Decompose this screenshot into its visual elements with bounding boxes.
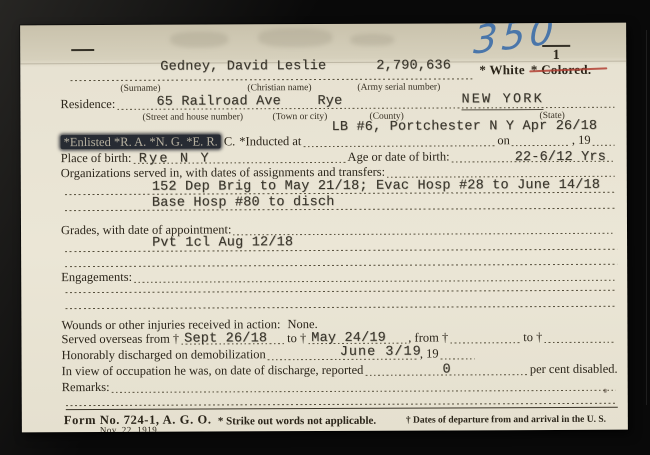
footer-dashed-rule (66, 403, 618, 407)
struck-enlistment-options: *Enlisted *R. A. *N. G. *E. R. (61, 134, 221, 149)
overseas-row: Served overseas from † Sept 26/18 to † M… (61, 330, 617, 346)
grade-value: Pvt 1cl Aug 12/18 (152, 235, 293, 251)
stray-ink-mark (604, 389, 607, 393)
street-caption: (Street and house number) (142, 112, 243, 123)
disability-blank: 0 (365, 362, 527, 377)
overseas-to-blank: May 24/19 (308, 331, 406, 345)
sleeve-edge (646, 30, 647, 405)
discharge-date-blank: June 3/19 (268, 347, 418, 362)
discharge-year-blank (441, 346, 475, 360)
ruled-line (65, 290, 617, 294)
ruled-line (65, 249, 617, 253)
engagements-row: Engagements: (61, 268, 617, 284)
street-value: 65 Railroad Ave (156, 94, 281, 110)
remarks-row: Remarks: (62, 378, 618, 394)
dagger-note: † Dates of departure from and arrival in… (406, 415, 606, 427)
organizations-leader (387, 164, 615, 179)
scanned-service-record-photo: 350 1 Gedney, David Leslie 2,790,636 * W… (0, 0, 650, 455)
place-of-birth-label: Place of birth: (61, 151, 132, 166)
surname-caption: (Surname) (120, 84, 160, 95)
overseas-to2-label: to † (523, 330, 542, 344)
induction-leader (303, 133, 495, 148)
overseas-leader2 (544, 330, 615, 344)
ruled-line (65, 306, 617, 310)
overseas-leader (450, 330, 521, 344)
engagements-label: Engagements: (61, 270, 132, 285)
grades-leader (233, 221, 615, 237)
page-number-rule (542, 45, 570, 47)
overseas-date1-value: Sept 26/18 (184, 332, 267, 348)
induction-row: *Enlisted *R. A. *N. G. *E. R. C. *Induc… (61, 133, 617, 149)
erased-pencil-smudge (350, 34, 394, 46)
ruled-line (65, 208, 617, 212)
overseas-to-label: to † (287, 331, 306, 345)
erased-pencil-smudge (258, 28, 332, 47)
race-designation: * White* Colored. (479, 63, 591, 78)
residence-label: Residence: (60, 97, 115, 112)
on-label: on (497, 133, 510, 147)
wounds-label: Wounds or other injuries received in act… (61, 317, 280, 332)
discharge-row: Honorably discharged on demobilization J… (62, 346, 477, 362)
age-label: Age or date of birth: (348, 149, 450, 164)
form-date: Nov. 22, 1919 (100, 425, 157, 433)
induction-date-leader (512, 133, 570, 147)
race-white-option: * White (479, 62, 525, 77)
discharge-year-label: , 19 (420, 347, 439, 361)
footer-solid-rule (66, 407, 618, 411)
town-caption: (Town or city) (272, 112, 327, 123)
serial-number-caption: (Army serial number) (357, 82, 440, 93)
corner-dash-mark (71, 49, 94, 51)
name-line-leader (70, 78, 472, 81)
race-colored-option-struck: * Colored. (531, 62, 592, 77)
serial-number-value: 2,790,636 (376, 58, 451, 74)
year-19-label: , 19 (572, 133, 591, 147)
engagements-leader (134, 268, 615, 284)
ruled-line (65, 192, 617, 196)
inducted-at-label: *Inducted at (239, 134, 301, 149)
disability-value: 0 (442, 363, 450, 379)
service-record-card: 350 1 Gedney, David Leslie 2,790,636 * W… (20, 23, 628, 433)
remarks-leader (112, 378, 616, 394)
christian-name-caption: (Christian name) (247, 83, 311, 94)
enlistment-option-erc: C. (224, 134, 236, 148)
disability-row: In view of occupation he was, on date of… (62, 362, 618, 378)
wounds-row: Wounds or other injuries received in act… (61, 317, 317, 332)
soldier-name-value: Gedney, David Leslie (160, 59, 326, 75)
induction-year-leader (593, 133, 615, 147)
remarks-label: Remarks: (62, 380, 110, 395)
overseas-label: Served overseas from † (61, 332, 179, 347)
disability-label: In view of occupation he was, on date of… (62, 363, 364, 379)
discharge-label: Honorably discharged on demobilization (62, 347, 266, 362)
grades-row: Grades, with date of appointment: (61, 221, 617, 237)
state-value: NEW YORK (461, 92, 543, 110)
town-value: Rye (317, 94, 342, 110)
wounds-value: None. (287, 317, 317, 332)
overseas-from-blank: Sept 26/18 (181, 331, 285, 345)
discharge-date-value: June 3/19 (340, 345, 422, 361)
erased-pencil-smudge (170, 31, 228, 47)
disability-suffix: per cent disabled. (530, 362, 618, 377)
ruled-line (65, 264, 617, 268)
strike-out-note: * Strike out words not applicable. (218, 415, 376, 428)
overseas-from2-label: , from † (408, 330, 448, 345)
